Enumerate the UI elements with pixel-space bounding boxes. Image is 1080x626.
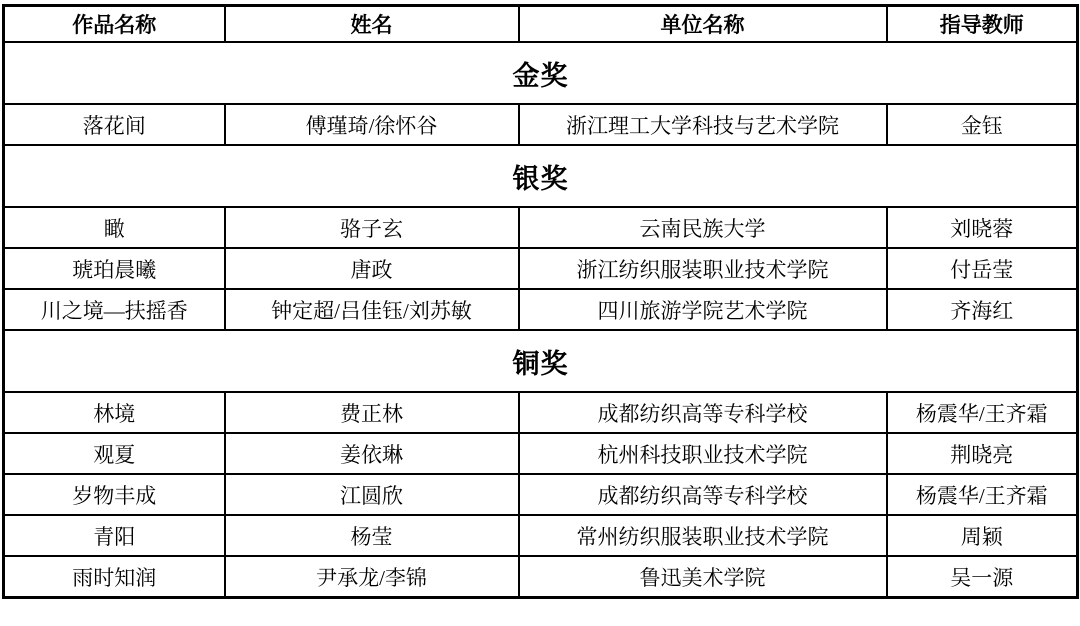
cell-advisor: 金钰 xyxy=(887,104,1078,145)
cell-work-name: 川之境—扶摇香 xyxy=(4,289,225,330)
section-title-bronze: 铜奖 xyxy=(4,330,1078,392)
cell-advisor: 杨震华/王齐霜 xyxy=(887,392,1078,433)
table-header-row: 作品名称 姓名 单位名称 指导教师 xyxy=(4,6,1078,43)
cell-author-name: 尹承龙/李锦 xyxy=(225,556,519,598)
cell-organization: 杭州科技职业技术学院 xyxy=(519,433,887,474)
col-header-advisor: 指导教师 xyxy=(887,6,1078,43)
cell-work-name: 林境 xyxy=(4,392,225,433)
col-header-work-name: 作品名称 xyxy=(4,6,225,43)
cell-organization: 常州纺织服装职业技术学院 xyxy=(519,515,887,556)
cell-work-name: 岁物丰成 xyxy=(4,474,225,515)
cell-work-name: 青阳 xyxy=(4,515,225,556)
awards-table: 作品名称 姓名 单位名称 指导教师 金奖 落花间 傅瑾琦/徐怀谷 浙江理工大学科… xyxy=(2,4,1079,599)
table-row: 川之境—扶摇香 钟定超/吕佳钰/刘苏敏 四川旅游学院艺术学院 齐海红 xyxy=(4,289,1078,330)
cell-advisor: 荆晓亮 xyxy=(887,433,1078,474)
cell-author-name: 费正林 xyxy=(225,392,519,433)
cell-work-name: 落花间 xyxy=(4,104,225,145)
cell-author-name: 江圆欣 xyxy=(225,474,519,515)
section-header-silver: 银奖 xyxy=(4,145,1078,207)
cell-organization: 成都纺织高等专科学校 xyxy=(519,474,887,515)
cell-organization: 鲁迅美术学院 xyxy=(519,556,887,598)
cell-work-name: 雨时知润 xyxy=(4,556,225,598)
table-row: 林境 费正林 成都纺织高等专科学校 杨震华/王齐霜 xyxy=(4,392,1078,433)
table-row: 观夏 姜依琳 杭州科技职业技术学院 荆晓亮 xyxy=(4,433,1078,474)
cell-author-name: 钟定超/吕佳钰/刘苏敏 xyxy=(225,289,519,330)
table-row: 落花间 傅瑾琦/徐怀谷 浙江理工大学科技与艺术学院 金钰 xyxy=(4,104,1078,145)
cell-work-name: 瞰 xyxy=(4,207,225,248)
cell-advisor: 齐海红 xyxy=(887,289,1078,330)
col-header-organization: 单位名称 xyxy=(519,6,887,43)
cell-organization: 成都纺织高等专科学校 xyxy=(519,392,887,433)
cell-advisor: 付岳莹 xyxy=(887,248,1078,289)
section-title-gold: 金奖 xyxy=(4,42,1078,104)
cell-work-name: 琥珀晨曦 xyxy=(4,248,225,289)
table-row: 雨时知润 尹承龙/李锦 鲁迅美术学院 吴一源 xyxy=(4,556,1078,598)
cell-organization: 浙江理工大学科技与艺术学院 xyxy=(519,104,887,145)
table-row: 青阳 杨莹 常州纺织服装职业技术学院 周颖 xyxy=(4,515,1078,556)
cell-author-name: 杨莹 xyxy=(225,515,519,556)
cell-organization: 云南民族大学 xyxy=(519,207,887,248)
table-row: 岁物丰成 江圆欣 成都纺织高等专科学校 杨震华/王齐霜 xyxy=(4,474,1078,515)
section-title-silver: 银奖 xyxy=(4,145,1078,207)
cell-advisor: 周颖 xyxy=(887,515,1078,556)
cell-author-name: 骆子玄 xyxy=(225,207,519,248)
cell-advisor: 刘晓蓉 xyxy=(887,207,1078,248)
cell-author-name: 傅瑾琦/徐怀谷 xyxy=(225,104,519,145)
awards-table-container: 作品名称 姓名 单位名称 指导教师 金奖 落花间 傅瑾琦/徐怀谷 浙江理工大学科… xyxy=(0,0,1080,603)
table-row: 瞰 骆子玄 云南民族大学 刘晓蓉 xyxy=(4,207,1078,248)
col-header-author-name: 姓名 xyxy=(225,6,519,43)
table-row: 琥珀晨曦 唐政 浙江纺织服装职业技术学院 付岳莹 xyxy=(4,248,1078,289)
cell-organization: 浙江纺织服装职业技术学院 xyxy=(519,248,887,289)
cell-author-name: 姜依琳 xyxy=(225,433,519,474)
section-header-bronze: 铜奖 xyxy=(4,330,1078,392)
section-header-gold: 金奖 xyxy=(4,42,1078,104)
cell-work-name: 观夏 xyxy=(4,433,225,474)
cell-organization: 四川旅游学院艺术学院 xyxy=(519,289,887,330)
cell-author-name: 唐政 xyxy=(225,248,519,289)
cell-advisor: 吴一源 xyxy=(887,556,1078,598)
cell-advisor: 杨震华/王齐霜 xyxy=(887,474,1078,515)
